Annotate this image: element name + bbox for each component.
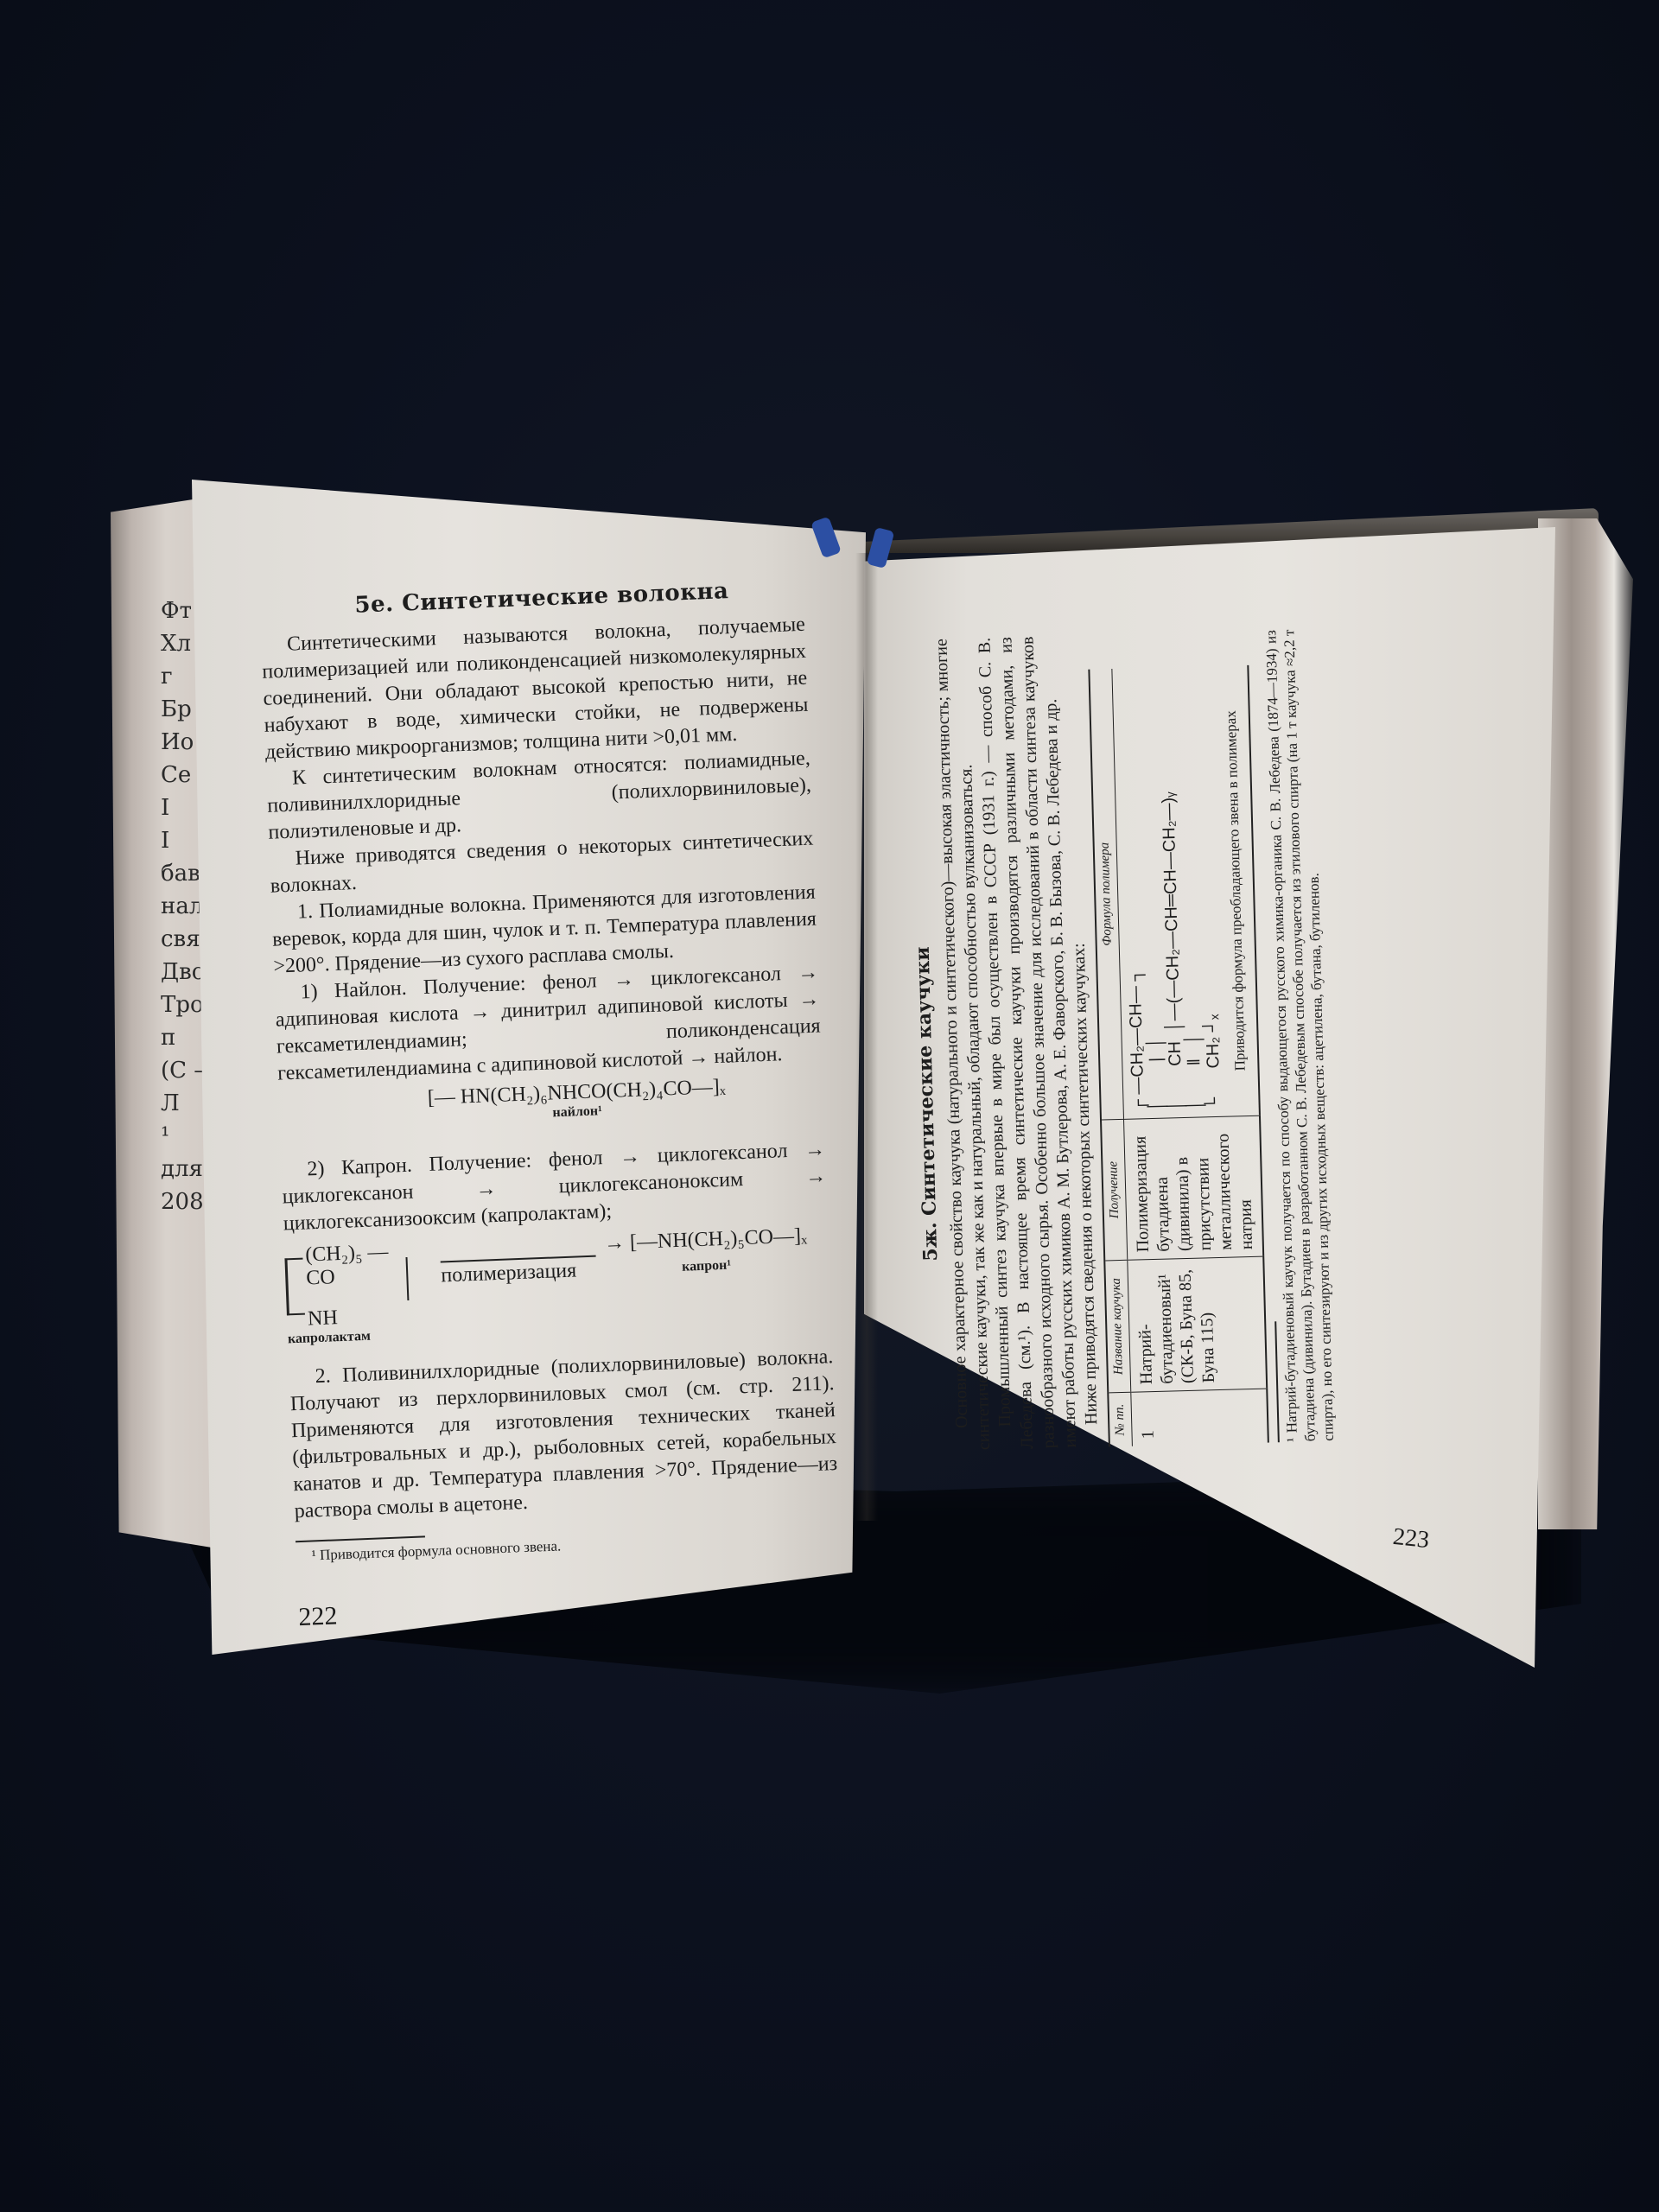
capron-formula: → [—NH(CH₂)₅CO—]ₓ [604, 1224, 808, 1255]
photo-scene: Фт Хл г Бр Ио Се I I бав нал свя Дво Тро… [0, 0, 1659, 2212]
col-name: Название каучука [1104, 1260, 1130, 1393]
cell-number: 1 [1131, 1389, 1268, 1446]
footnote-divider [1274, 1321, 1280, 1442]
polymerization-arrow-label: полимеризация [441, 1255, 597, 1288]
capron-product: → [—NH(CH₂)₅CO—]ₓ капрон¹ [604, 1224, 809, 1278]
paragraph-intro: Синтетическими называются волокна, получ… [261, 612, 810, 766]
footnote: ¹ Приводится формула основного звена. [296, 1527, 840, 1565]
left-page-content: 5е. Синтетические волокна Синтетическими… [259, 575, 843, 1632]
footnote: ¹ Натрий-бутадиеновый каучук получается … [1262, 629, 1338, 1442]
rubbers-table: № пп. Название каучука Получение Формула… [1088, 665, 1268, 1447]
page-number-right: 223 [1391, 1523, 1430, 1554]
right-page-content: 5ж. Синтетические каучуки Основное харак… [903, 625, 1511, 1452]
cell-formula: ┌ —CH₂—CH— ┐ │ | │ │ CH │—(—CH₂—CH═CH—CH… [1112, 665, 1260, 1119]
formula-note: Приводится формула преобладающего звена … [1222, 672, 1250, 1109]
col-number: № пп. [1108, 1392, 1132, 1446]
paragraph-nylon: 1) Найлон. Получение: фенол → циклогекса… [274, 959, 822, 1087]
caprolactam-reaction: (CH₂)₅ — CO NH капролактам полимеризация… [284, 1224, 832, 1347]
capron-caption: капрон¹ [605, 1255, 809, 1278]
cell-method: Полимеризация бутадиена (дивинила) в при… [1124, 1116, 1264, 1260]
book-gutter [855, 553, 878, 1521]
cell-name: Натрий-бутадиеновый¹ (СК-Б, Буна 85, Бун… [1128, 1256, 1267, 1392]
table-row: 1 Натрий-бутадиеновый¹ (СК-Б, Буна 85, Б… [1112, 665, 1268, 1446]
paragraph-capron: 2) Капрон. Получение: фенол → циклогекса… [281, 1136, 828, 1237]
paragraph-pvc: 2. Поливинилхлоридные (полихлорвиниловые… [289, 1344, 839, 1525]
footnote-divider [296, 1535, 425, 1542]
caprolactam-structure: (CH₂)₅ — CO NH капролактам [284, 1240, 417, 1348]
